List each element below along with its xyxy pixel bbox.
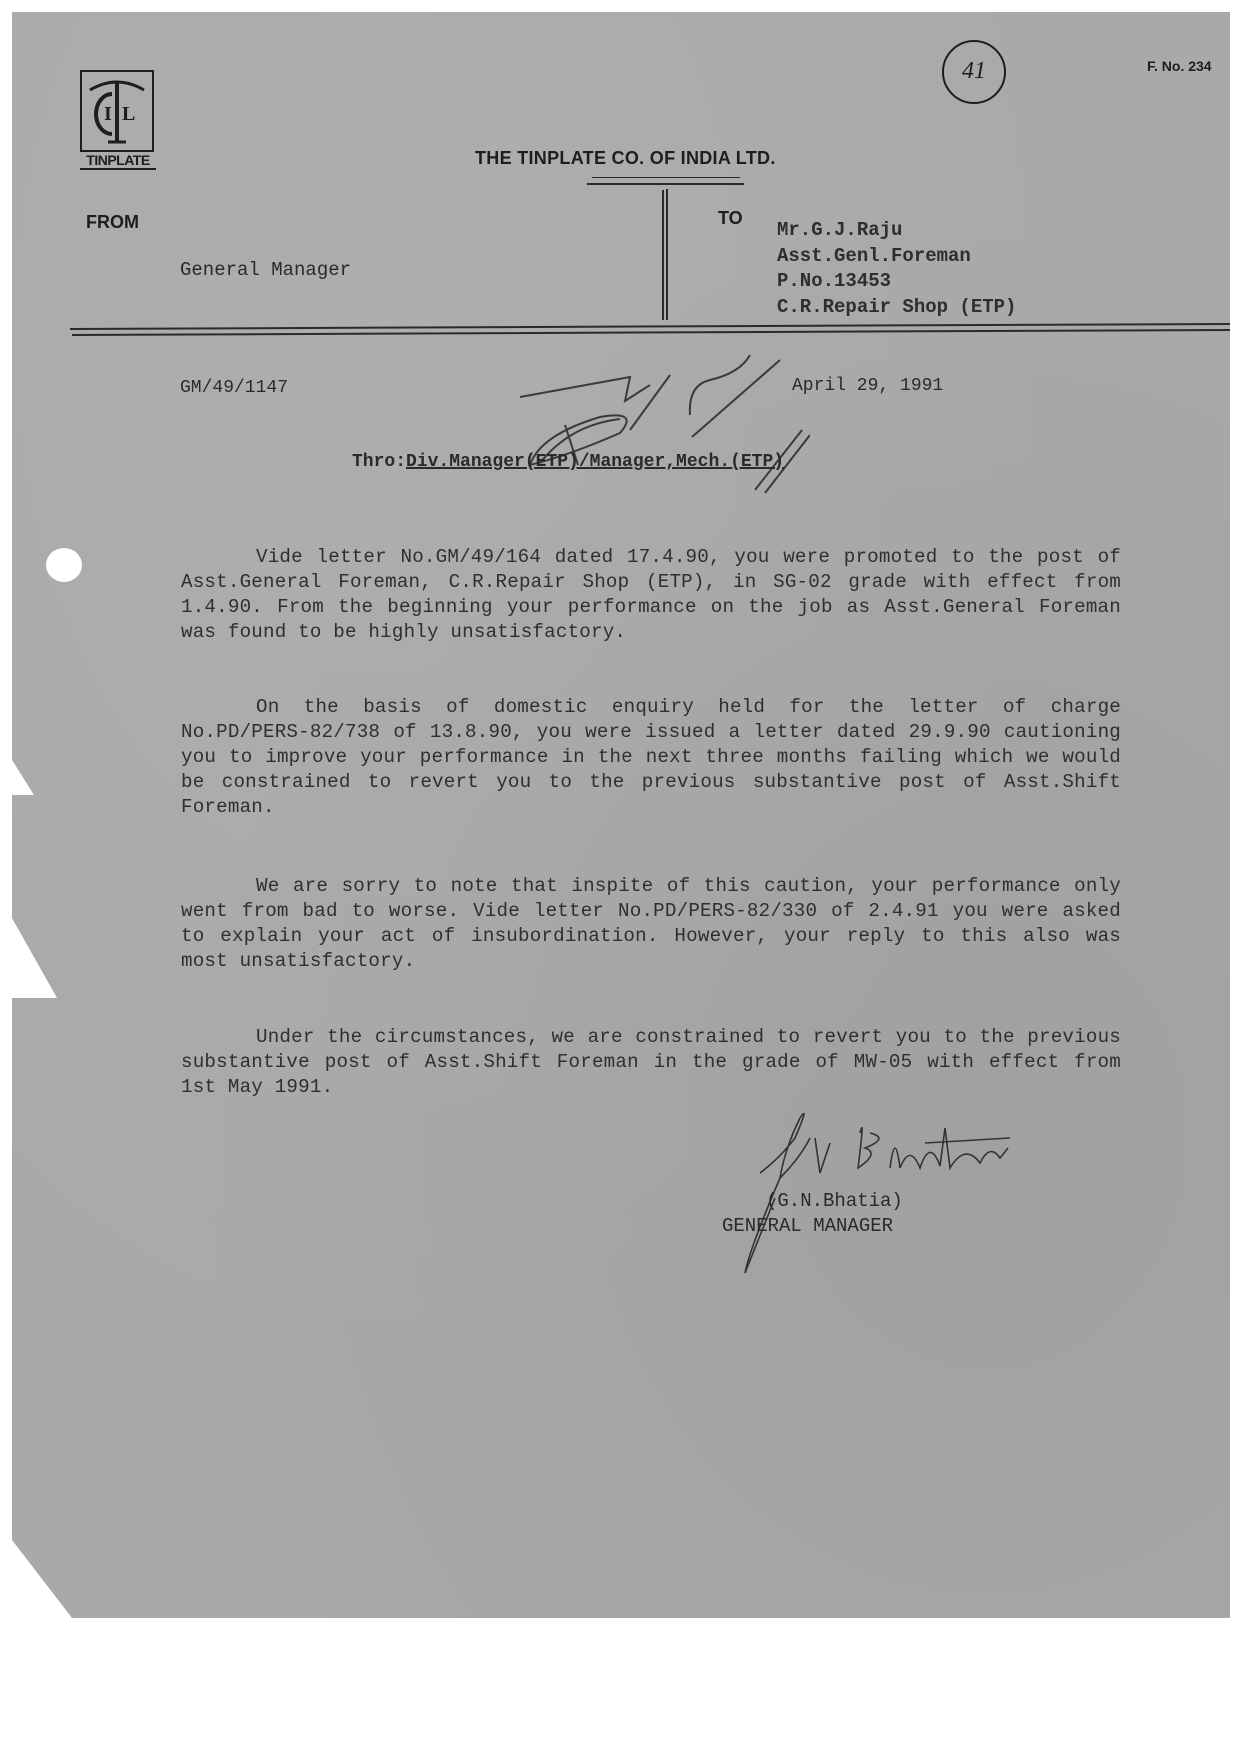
paragraph-text: We are sorry to note that inspite of thi… [181,874,1121,974]
company-logo: I L TINPLATE [80,70,156,158]
logo-monogram-icon: I L [80,70,154,152]
signatory-name: (G.N.Bhatia) [766,1190,903,1212]
letter-date: April 29, 1991 [792,376,943,396]
logo-wordmark: TINPLATE [80,152,156,170]
svg-text:L: L [122,103,135,125]
body-paragraph: On the basis of domestic enquiry held fo… [181,695,1121,820]
signatory-title: GENERAL MANAGER [722,1215,893,1237]
from-label: FROM [86,212,139,233]
to-label: TO [718,208,743,229]
sender-title: General Manager [180,259,351,281]
body-paragraph: Under the circumstances, we are constrai… [181,1025,1121,1100]
routing-prefix: Thro: [352,452,406,472]
corner-fold [12,1540,72,1618]
routing-line: Thro:Div.Manager(ETP)/Manager,Mech.(ETP) [352,452,784,472]
handwritten-initials-icon [450,355,810,495]
paragraph-text: On the basis of domestic enquiry held fo… [181,695,1121,820]
company-name: THE TINPLATE CO. OF INDIA LTD. [475,148,776,169]
recipient-pno: P.No.13453 [777,269,1016,295]
routing-recipients: Div.Manager(ETP)/Manager,Mech.(ETP) [406,452,784,472]
paper-tear [12,760,34,795]
reference-number: GM/49/1147 [180,378,288,398]
paper-tear [12,918,57,998]
paragraph-text: Vide letter No.GM/49/164 dated 17.4.90, … [181,545,1121,645]
file-number: F. No. 234 [1147,58,1212,74]
title-underline [592,177,740,178]
signature-icon [740,1098,1060,1278]
recipient-department: C.R.Repair Shop (ETP) [777,295,1016,321]
title-underline [587,183,744,185]
recipient-address: Mr.G.J.Raju Asst.Genl.Foreman P.No.13453… [777,218,1016,320]
divider-line [666,189,668,320]
punch-hole [46,548,82,582]
recipient-name: Mr.G.J.Raju [777,218,1016,244]
svg-text:I: I [104,103,112,125]
body-paragraph: Vide letter No.GM/49/164 dated 17.4.90, … [181,545,1121,645]
body-paragraph: We are sorry to note that inspite of thi… [181,874,1121,974]
recipient-designation: Asst.Genl.Foreman [777,244,1016,270]
folio-number: 41 [942,40,1006,104]
paragraph-text: Under the circumstances, we are constrai… [181,1025,1121,1100]
divider-line [662,190,664,320]
